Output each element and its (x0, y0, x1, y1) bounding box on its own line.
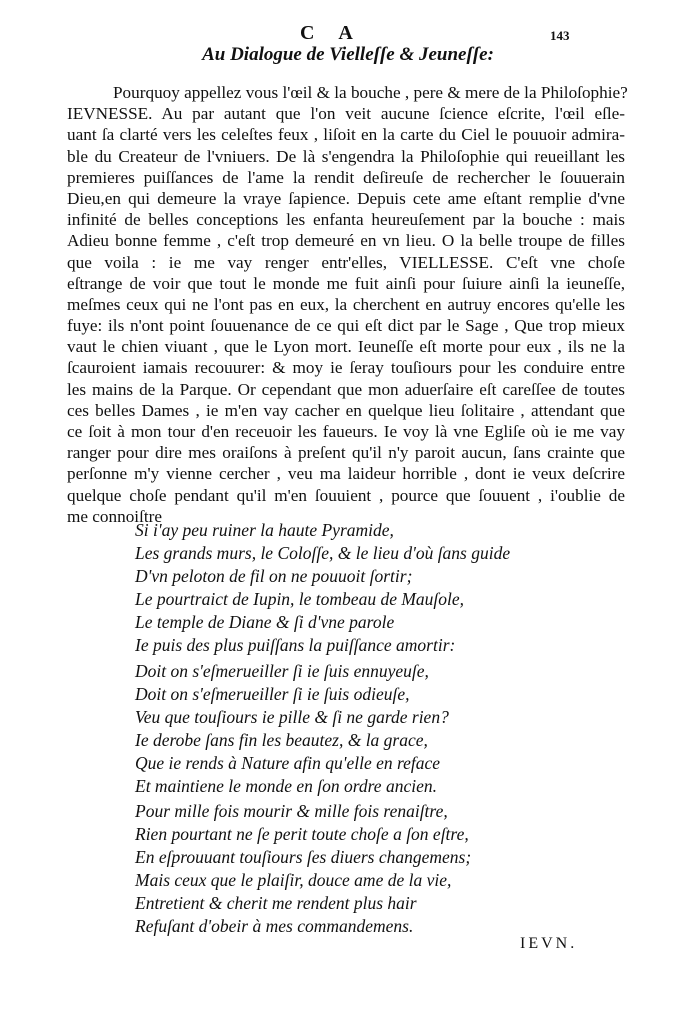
verse-line: Mais ceux que le plaiſir, douce ame de l… (135, 869, 555, 892)
prose-line: eſtrange de voir que tout le monde me fu… (67, 273, 625, 294)
prose-line: Pourquoy appellez vous l'œil & la bouche… (67, 82, 625, 103)
verse-line: Doit on s'eſmerueiller ſi ie ſuis odieuſ… (135, 683, 555, 706)
prose-line: ce ſoit à mon tour d'en receuoir les fau… (67, 421, 625, 442)
prose-line: Adieu bonne femme , c'eſt trop demeuré e… (67, 230, 625, 251)
verse-stanza-1: Si i'ay peu ruiner la haute Pyramide, Le… (135, 519, 555, 657)
prose-line: ranger pour dire mes oraiſons à preſent … (67, 442, 625, 463)
verse-line: Pour mille fois mourir & mille fois rena… (135, 800, 555, 823)
prose-line: ces belles Dames , ie m'en vay cacher en… (67, 400, 625, 421)
prose-line: ble du Createur de l'vniuers. De là s'en… (67, 146, 625, 167)
verse-line: Ie derobe ſans fin les beautez, & la gra… (135, 729, 555, 752)
section-title: Au Dialogue de Vielleſſe & Jeuneſſe: (0, 44, 696, 66)
prose-line: les mains de la Parque. Or cependant que… (67, 379, 625, 400)
verse-line: D'vn peloton de fil on ne pouuoit ſortir… (135, 565, 555, 588)
catchword: IEVN. (520, 935, 577, 953)
verse-line: Veu que touſiours ie pille & ſi ne garde… (135, 706, 555, 729)
prose-line: perſonne m'y vienne cercher , veu ma lai… (67, 463, 625, 484)
verse-line: Refuſant d'obeir à mes commandemens. (135, 915, 555, 938)
prose-line: quelque choſe pendant qu'il m'en ſouuien… (67, 485, 625, 506)
verse-line: Doit on s'eſmerueiller ſi ie ſuis ennuye… (135, 660, 555, 683)
prose-line: uant ſa clarté vers les celeſtes feux , … (67, 124, 625, 145)
signature-mark: C A (300, 22, 363, 45)
verse-line: Que ie rends à Nature afin qu'elle en re… (135, 752, 555, 775)
prose-line: infinité de belles conceptions les enfan… (67, 209, 625, 230)
prose-line: IEVNESSE. Au par autant que l'on veit au… (67, 103, 625, 124)
verse-line: Et maintiene le monde en ſon ordre ancie… (135, 775, 555, 798)
verse-line: Les grands murs, le Coloſſe, & le lieu d… (135, 542, 555, 565)
verse-line: Si i'ay peu ruiner la haute Pyramide, (135, 519, 555, 542)
verse-line: Entretient & cherit me rendent plus hair (135, 892, 555, 915)
prose-line: fuye: ils n'ont point ſouuenance de ce q… (67, 315, 625, 336)
verse-line: Ie puis des plus puiſſans la puiſſance a… (135, 634, 555, 657)
prose-paragraph: Pourquoy appellez vous l'œil & la bouche… (67, 82, 625, 527)
verse-stanza-2: Doit on s'eſmerueiller ſi ie ſuis ennuye… (135, 660, 555, 798)
prose-line: Dieu,en qui demeure la vraye ſapience. D… (67, 188, 625, 209)
prose-line: vaut le chien viuant , que le Lyon mort.… (67, 336, 625, 357)
verse-stanza-3: Pour mille fois mourir & mille fois rena… (135, 800, 555, 938)
page-number: 143 (550, 28, 570, 44)
prose-line: meſmes ceux qui ne l'ont pas en eux, la … (67, 294, 625, 315)
verse-line: Le temple de Diane & ſi d'vne parole (135, 611, 555, 634)
prose-line: que voila : ie me vay renger entr'elles,… (67, 252, 625, 273)
verse-line: Rien pourtant ne ſe perit toute choſe a … (135, 823, 555, 846)
prose-line: premieres puiſſances de l'ame la rendit … (67, 167, 625, 188)
verse-line: En eſprouuant touſiours ſes diuers chang… (135, 846, 555, 869)
verse-line: Le pourtraict de Iupin, le tombeau de Ma… (135, 588, 555, 611)
prose-line: ſcauroient iamais recouurer: & moy ie ſe… (67, 357, 625, 378)
